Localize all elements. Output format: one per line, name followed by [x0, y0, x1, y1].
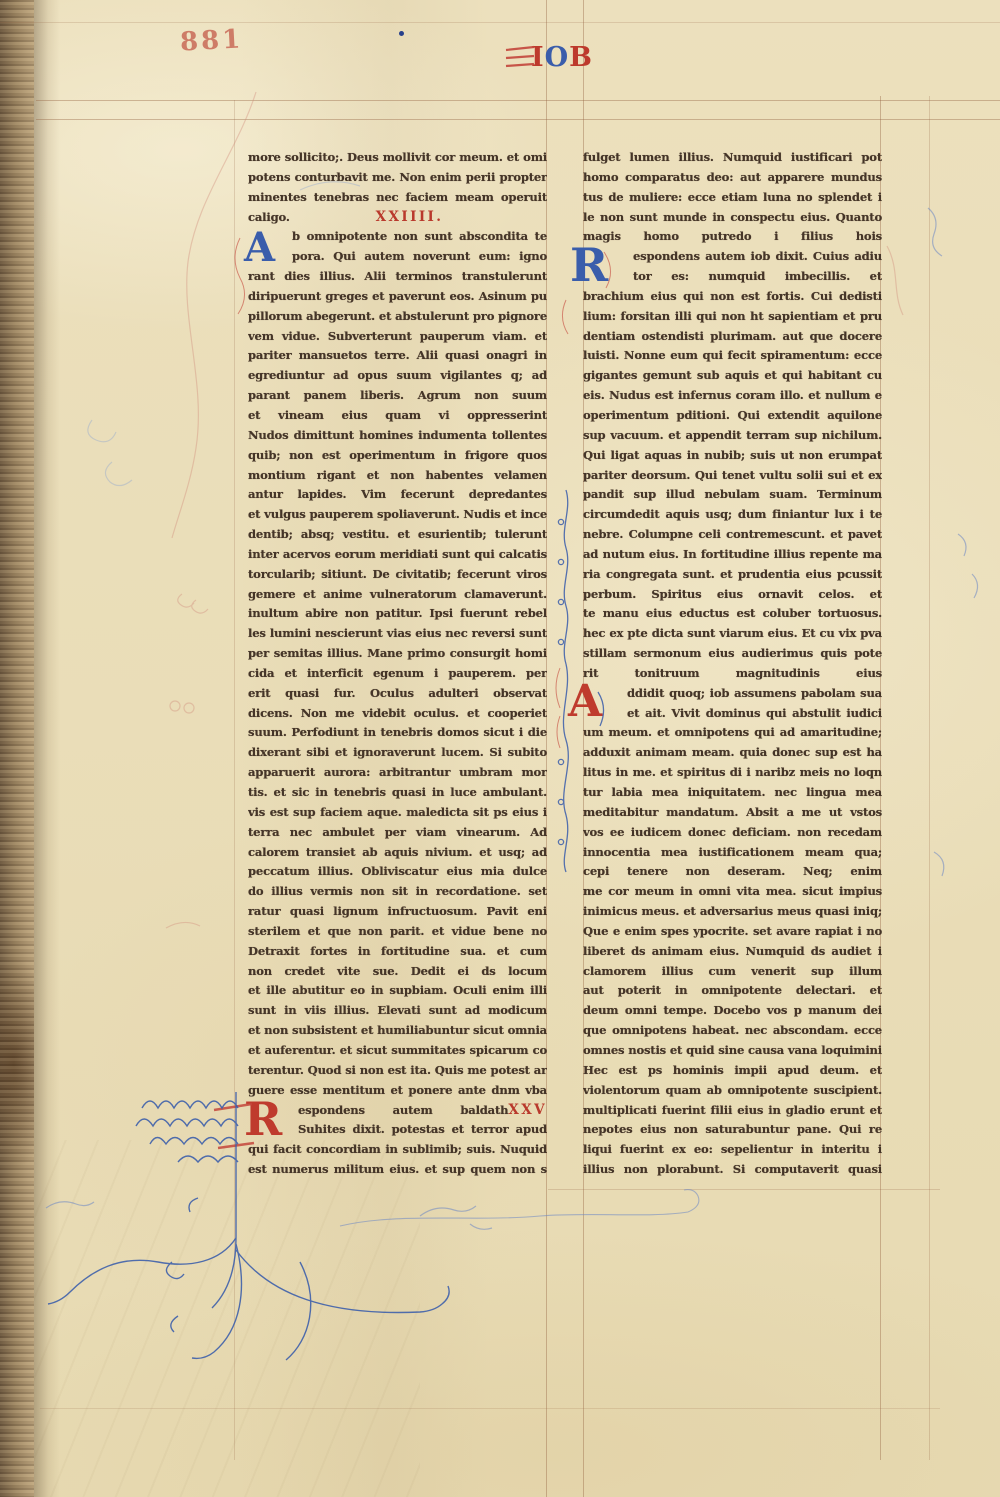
text-line: circumdedit aquis usq; dum finiantur lux… [583, 505, 882, 525]
line-text: dixerant sibi et ignoraverunt lucem. Si … [248, 745, 547, 759]
ruling-line [36, 119, 1000, 120]
line-text: pora. Qui autem noverunt eum: igno [292, 249, 547, 263]
line-text: hec ex pte dicta sunt viarum eius. Et cu… [583, 626, 882, 640]
text-line: nebre. Columpne celi contremescunt. et p… [583, 525, 882, 545]
text-line: sterilem et que non parit. et vidue bene… [248, 922, 547, 942]
line-text: multiplicati fuerint filii eius in gladi… [583, 1103, 882, 1117]
text-column-left: more sollicito;. Deus mollivit cor meum.… [248, 148, 547, 1180]
running-title-letter-b: B [569, 42, 593, 73]
text-line: est numerus militum eius. et sup quem no… [248, 1160, 547, 1180]
line-text: Qui ligat aquas in nubib; suis ut non er… [583, 448, 882, 462]
line-text: liqui fuerint ex eo: sepelientur in inte… [583, 1142, 882, 1160]
text-line: Que e enim spes ypocrite. set avare rapi… [583, 922, 882, 942]
line-text: qui facit concordiam in sublimib; suis. … [248, 1142, 547, 1156]
text-line: minentes tenebras nec faciem meam operui… [248, 188, 547, 208]
text-line: clamorem illius cum venerit sup illum an… [583, 962, 882, 982]
text-line: peccatum illius. Obliviscatur eius mia d… [248, 862, 547, 882]
line-text: Que e enim spes ypocrite. set avare rapi… [583, 924, 882, 938]
line-text: inter acervos eorum meridiati sunt qui c… [248, 547, 547, 561]
line-text: illius non plorabunt. Si computaverit qu… [583, 1162, 882, 1176]
text-line: pandit sup illud nebulam suam. Terminum [583, 485, 882, 505]
running-title: IOB [531, 42, 593, 73]
line-text: dicens. Non me videbit oculus. et cooper… [248, 706, 547, 724]
text-line: et vulgus pauperem spoliaverunt. Nudis e… [248, 505, 547, 525]
text-line: non credet vite sue. Dedit ei ds locum p… [248, 962, 547, 982]
chapter-number-rubric: XXIIII. [376, 209, 444, 225]
line-text: Detraxit fortes in fortitudine sua. et c… [248, 944, 547, 962]
line-text: Nudos dimittunt homines indumenta tollen… [248, 428, 547, 442]
text-line: ddidit quoq; iob assumens pabolam sua [583, 684, 882, 704]
text-line: qui facit concordiam in sublimib; suis. … [248, 1140, 547, 1160]
text-line: le non sunt munde in conspectu eius. Qua… [583, 208, 882, 228]
line-text: cepi tenere non deseram. Neq; enim repre… [583, 864, 882, 882]
line-text: brachium eius qui non est fortis. Cui de… [583, 289, 882, 307]
line-text: gigantes gemunt sub aquis et qui habitan… [583, 368, 882, 382]
line-text: ratur quasi lignum infructuosum. Pavit e… [248, 904, 547, 918]
line-text: Suhites dixit. potestas et terror apud e… [298, 1122, 547, 1140]
text-line: te manu eius eductus est coluber tortuos… [583, 604, 882, 624]
text-line: calorem transiet ab aquis nivium. et usq… [248, 843, 547, 863]
text-line: Qui ligat aquas in nubib; suis ut non er… [583, 446, 882, 466]
text-line: b omnipotente non sunt abscondita te [248, 227, 547, 247]
line-text: espondens autem baldath [298, 1103, 508, 1117]
line-text: antur lapides. Vim fecerunt depredantes … [248, 487, 547, 505]
line-text: que omnipotens habeat. nec abscondam. ec… [583, 1023, 882, 1041]
text-column-right: fulget lumen illius. Numquid iustificari… [583, 148, 882, 1180]
text-line: eis. Nudus est infernus coram illo. et n… [583, 386, 882, 406]
ruling-line [0, 22, 1000, 23]
line-text: calorem transiet ab aquis nivium. et usq… [248, 845, 547, 863]
text-line: diripuerunt greges et paverunt eos. Asin… [248, 287, 547, 307]
text-line: homo comparatus deo: aut apparere mundus… [583, 168, 882, 188]
text-line: perbum. Spiritus eius ornavit celos. et … [583, 585, 882, 605]
line-text: clamorem illius cum venerit sup illum an… [583, 964, 882, 982]
line-text: dentiam ostendisti plurimam. aut que doc… [583, 329, 882, 347]
text-line: antur lapides. Vim fecerunt depredantes … [248, 485, 547, 505]
line-text: torcularib; sitiunt. De civitatib; fecer… [248, 567, 547, 581]
text-line: Suhites dixit. potestas et terror apud e… [248, 1120, 547, 1140]
line-text: te manu eius eductus est coluber tortuos… [583, 606, 882, 624]
line-text: fulget lumen illius. Numquid iustificari… [583, 150, 882, 164]
text-line: tor es: numquid imbecillis. et sustentas [583, 267, 882, 287]
line-text: homo comparatus deo: aut apparere mundus… [583, 170, 882, 188]
line-text: nepotes eius non saturabuntur pane. Qui … [583, 1122, 882, 1136]
line-text: et ait. Vivit dominus qui abstulit iudic… [627, 706, 882, 720]
text-line: caligo.XXIIII. [248, 208, 547, 228]
line-text: inimicus meus. et adversarius meus quasi… [583, 904, 882, 918]
line-text: magis homo putredo i filius hois vermis. [583, 229, 882, 247]
line-text: vem vidue. Subverterunt pauperum viam. e… [248, 329, 547, 347]
text-line: pillorum abegerunt. et abstulerunt pro p… [248, 307, 547, 327]
text-line: rant dies illius. Alii terminos transtul… [248, 267, 547, 287]
text-line: pariter deorsum. Qui tenet vultu solii s… [583, 466, 882, 486]
line-text: les lumini nescierunt vias eius nec reve… [248, 626, 547, 640]
text-line: do illius vermis non sit in recordatione… [248, 882, 547, 902]
line-text: guere esse mentitum et ponere ante dnm v… [248, 1083, 547, 1101]
text-line: stillam sermonum eius audierimus quis po… [583, 644, 882, 664]
text-line: um meum. et omnipotens qui ad amaritudin… [583, 723, 882, 743]
text-line: vem vidue. Subverterunt pauperum viam. e… [248, 327, 547, 347]
text-line: hec ex pte dicta sunt viarum eius. Et cu… [583, 624, 882, 644]
text-line: et non subsistent et humiliabuntur sicut… [248, 1021, 547, 1041]
text-line: Detraxit fortes in fortitudine sua. et c… [248, 942, 547, 962]
text-line: innocentia mea iustificationem meam qua; [583, 843, 882, 863]
text-line: inter acervos eorum meridiati sunt qui c… [248, 545, 547, 565]
text-line: magis homo putredo i filius hois vermis.… [583, 227, 882, 247]
text-line: dentib; absq; vestitu. et esurientib; tu… [248, 525, 547, 545]
text-line: parant panem liberis. Agrum non suum dem… [248, 386, 547, 406]
text-line: et vineam eius quam vi oppresserint vind… [248, 406, 547, 426]
text-line: tis. et sic in tenebris quasi in luce am… [248, 783, 547, 803]
text-line: et ille abutitur eo in supbiam. Oculi en… [248, 981, 547, 1001]
line-text: vis est sup faciem aque. maledicta sit p… [248, 805, 547, 819]
text-line: quib; non est operimentum in frigore quo… [248, 446, 547, 466]
text-line: operimentum pditioni. Qui extendit aquil… [583, 406, 882, 426]
text-line: multiplicati fuerint filii eius in gladi… [583, 1101, 882, 1121]
line-text: ad nutum eius. In fortitudine illius rep… [583, 547, 882, 561]
line-text: stillam sermonum eius audierimus quis po… [583, 646, 882, 660]
ruling-line [929, 96, 930, 1460]
text-line: dentiam ostendisti plurimam. aut que doc… [583, 327, 882, 347]
line-text: adduxit animam meam. quia donec sup est … [583, 745, 882, 759]
line-text: et vineam eius quam vi oppresserint vind… [248, 408, 547, 426]
line-text: minentes tenebras nec faciem meam operui… [248, 190, 547, 204]
line-text: do illius vermis non sit in recordatione… [248, 884, 547, 902]
text-line: adduxit animam meam. quia donec sup est … [583, 743, 882, 763]
line-text: suum. Perfodiunt in tenebris domos sicut… [248, 725, 547, 743]
line-text: Hec est ps hominis impii apud deum. et h… [583, 1063, 882, 1081]
text-line: gigantes gemunt sub aquis et qui habitan… [583, 366, 882, 386]
text-line: tus de muliere: ecce etiam luna no splen… [583, 188, 882, 208]
line-text: est numerus militum eius. et sup quem no… [248, 1162, 547, 1176]
line-text: pillorum abegerunt. et abstulerunt pro p… [248, 309, 547, 327]
text-line: luisti. Nonne eum qui fecit spiramentum:… [583, 346, 882, 366]
line-text: tis. et sic in tenebris quasi in luce am… [248, 785, 547, 803]
text-line: Hec est ps hominis impii apud deum. et h… [583, 1061, 882, 1081]
line-text: luisti. Nonne eum qui fecit spiramentum:… [583, 348, 882, 362]
text-line: illius non plorabunt. Si computaverit qu… [583, 1160, 882, 1180]
line-text: operimentum pditioni. Qui extendit aquil… [583, 408, 882, 422]
line-text: tus de muliere: ecce etiam luna no splen… [583, 190, 882, 208]
line-text: perbum. Spiritus eius ornavit celos. et … [583, 587, 882, 605]
ruling-line [40, 1408, 940, 1409]
line-text: tur labia mea iniquitatem. nec lingua me… [583, 785, 882, 799]
text-line: nepotes eius non saturabuntur pane. Qui … [583, 1120, 882, 1140]
line-text: omnes nostis et quid sine causa vana loq… [583, 1043, 882, 1057]
text-line: sunt in viis illius. Elevati sunt ad mod… [248, 1001, 547, 1021]
book-page-edges [0, 0, 34, 1497]
line-text: me cor meum in omni vita mea. sicut impi… [583, 884, 882, 898]
line-text: ddidit quoq; iob assumens pabolam sua [627, 686, 882, 700]
line-text: sup vacuum. et appendit terram sup nichi… [583, 428, 882, 442]
line-text: lium: forsitan illi qui non ht sapientia… [583, 309, 882, 323]
ruling-line [234, 100, 235, 1460]
text-line: fulget lumen illius. Numquid iustificari… [583, 148, 882, 168]
text-line: more sollicito;. Deus mollivit cor meum.… [248, 148, 547, 168]
drop-cap-chapter-25: R [244, 1096, 282, 1142]
line-text: rant dies illius. Alii terminos transtul… [248, 269, 547, 283]
line-text: dentib; absq; vestitu. et esurientib; tu… [248, 527, 547, 545]
text-line: egrediuntur ad opus suum vigilantes q; a… [248, 366, 547, 386]
text-line: inultum abire non patitur. Ipsi fuerunt … [248, 604, 547, 624]
line-text: espondens autem iob dixit. Cuius adiu [633, 249, 882, 263]
line-text: gemere et anime vulneratorum clamaverunt… [248, 587, 547, 605]
text-line: pora. Qui autem noverunt eum: igno [248, 247, 547, 267]
text-line: litus in me. et spiritus di i naribz mei… [583, 763, 882, 783]
line-text: deum omni tempe. Docebo vos p manum dei [583, 1003, 882, 1017]
text-line: montium rigant et non habentes velamen a… [248, 466, 547, 486]
text-line: ad nutum eius. In fortitudine illius rep… [583, 545, 882, 565]
line-text: potens conturbavit me. Non enim perii pr… [248, 170, 547, 188]
text-line: terentur. Quod si non est ita. Quis me p… [248, 1061, 547, 1081]
line-text: liberet ds animam eius. Numquid ds audie… [583, 944, 882, 958]
line-text: pariter deorsum. Qui tenet vultu solii s… [583, 468, 882, 482]
text-line: ratur quasi lignum infructuosum. Pavit e… [248, 902, 547, 922]
text-line: suum. Perfodiunt in tenebris domos sicut… [248, 723, 547, 743]
text-line: aut poterit in omnipotente delectari. et… [583, 981, 882, 1001]
line-text: le non sunt munde in conspectu eius. Qua… [583, 210, 882, 224]
folio-number: 881 [179, 24, 244, 57]
text-line: vos ee iudicem donec deficiam. non reced… [583, 823, 882, 843]
line-text: circumdedit aquis usq; dum finiantur lux… [583, 507, 882, 521]
line-text: sterilem et que non parit. et vidue bene… [248, 924, 547, 942]
line-text: diripuerunt greges et paverunt eos. Asin… [248, 289, 547, 303]
line-text: meditabitur mandatum. Absit a me ut vsto… [583, 805, 882, 819]
ink-dot [399, 31, 404, 36]
text-line: que omnipotens habeat. nec abscondam. ec… [583, 1021, 882, 1041]
text-line: omnes nostis et quid sine causa vana loq… [583, 1041, 882, 1061]
text-line: cepi tenere non deseram. Neq; enim repre… [583, 862, 882, 882]
text-line: potens conturbavit me. Non enim perii pr… [248, 168, 547, 188]
text-line: pariter mansuetos terre. Alii quasi onag… [248, 346, 547, 366]
ruling-line [548, 1189, 940, 1190]
line-text: montium rigant et non habentes velamen a… [248, 468, 547, 486]
text-line: violentorum quam ab omnipotente suscipie… [583, 1081, 882, 1101]
line-text: aut poterit in omnipotente delectari. et… [583, 983, 882, 1001]
line-text: um meum. et omnipotens qui ad amaritudin… [583, 725, 882, 739]
line-text: terentur. Quod si non est ita. Quis me p… [248, 1063, 547, 1077]
text-line: lium: forsitan illi qui non ht sapientia… [583, 307, 882, 327]
parchment-wrinkles [0, 1140, 420, 1497]
line-text: violentorum quam ab omnipotente suscipie… [583, 1083, 882, 1101]
gutter-shadow [34, 0, 60, 1497]
line-text: terra nec ambulet per viam vinearum. Ad … [248, 825, 547, 843]
line-text: sunt in viis illius. Elevati sunt ad mod… [248, 1003, 547, 1017]
text-line: ria congregata sunt. et prudentia eius p… [583, 565, 882, 585]
text-line: dixerant sibi et ignoraverunt lucem. Si … [248, 743, 547, 763]
line-text: et vulgus pauperem spoliaverunt. Nudis e… [248, 507, 547, 521]
text-line: meditabitur mandatum. Absit a me ut vsto… [583, 803, 882, 823]
text-line: erit quasi fur. Oculus adulteri observat… [248, 684, 547, 704]
text-line: gemere et anime vulneratorum clamaverunt… [248, 585, 547, 605]
line-text: pandit sup illud nebulam suam. Terminum [583, 487, 882, 501]
text-line: espondens autem baldathXXV [248, 1101, 547, 1121]
text-line: espondens autem iob dixit. Cuius adiu [583, 247, 882, 267]
text-line: terra nec ambulet per viam vinearum. Ad … [248, 823, 547, 843]
text-line: deum omni tempe. Docebo vos p manum dei [583, 1001, 882, 1021]
line-text: erit quasi fur. Oculus adulteri observat… [248, 686, 547, 704]
text-line: les lumini nescierunt vias eius nec reve… [248, 624, 547, 644]
line-text: per semitas illius. Mane primo consurgit… [248, 646, 547, 660]
line-text: ria congregata sunt. et prudentia eius p… [583, 567, 882, 585]
text-line: brachium eius qui non est fortis. Cui de… [583, 287, 882, 307]
text-line: apparuerit aurora: arbitrantur umbram mo… [248, 763, 547, 783]
text-line: guere esse mentitum et ponere ante dnm v… [248, 1081, 547, 1101]
line-text: nebre. Columpne celi contremescunt. et p… [583, 527, 882, 541]
line-text: pariter mansuetos terre. Alii quasi onag… [248, 348, 547, 366]
text-line: dicens. Non me videbit oculus. et cooper… [248, 704, 547, 724]
line-text: inultum abire non patitur. Ipsi fuerunt … [248, 606, 547, 620]
chapter-number-rubric: XXV [508, 1102, 547, 1118]
text-line: vis est sup faciem aque. maledicta sit p… [248, 803, 547, 823]
line-text: more sollicito;. Deus mollivit cor meum.… [248, 150, 547, 164]
running-title-letter-i: I [531, 42, 545, 73]
manuscript-page: 881 IOB more sollicito;. Deus mollivit c… [0, 0, 1000, 1497]
text-line: et ait. Vivit dominus qui abstulit iudic… [583, 704, 882, 724]
line-text: parant panem liberis. Agrum non suum dem… [248, 388, 547, 406]
line-text: vos ee iudicem donec deficiam. non reced… [583, 825, 882, 843]
line-text: et auferentur. et sicut summitates spica… [248, 1043, 547, 1057]
text-line: et auferentur. et sicut summitates spica… [248, 1041, 547, 1061]
line-text: litus in me. et spiritus di i naribz mei… [583, 765, 882, 779]
line-text: et ille abutitur eo in supbiam. Oculi en… [248, 983, 547, 997]
drop-cap-chapter-27: A [568, 680, 602, 724]
ruling-line [36, 100, 1000, 101]
line-text: peccatum illius. Obliviscatur eius mia d… [248, 864, 547, 878]
text-line: sup vacuum. et appendit terram sup nichi… [583, 426, 882, 446]
text-line: liberet ds animam eius. Numquid ds audie… [583, 942, 882, 962]
text-line: tur labia mea iniquitatem. nec lingua me… [583, 783, 882, 803]
line-text: non credet vite sue. Dedit ei ds locum p… [248, 964, 547, 982]
text-line: per semitas illius. Mane primo consurgit… [248, 644, 547, 664]
line-text: et non subsistent et humiliabuntur sicut… [248, 1023, 547, 1037]
line-text: tor es: numquid imbecillis. et sustentas [633, 269, 882, 287]
text-line: me cor meum in omni vita mea. sicut impi… [583, 882, 882, 902]
line-text: cida et interficit egenum i pauperem. pe… [248, 666, 547, 684]
line-text: b omnipotente non sunt abscondita te [292, 229, 547, 243]
text-line: rit tonitruum magnitudinis eius intueri.… [583, 664, 882, 684]
text-line: inimicus meus. et adversarius meus quasi… [583, 902, 882, 922]
text-line: torcularib; sitiunt. De civitatib; fecer… [248, 565, 547, 585]
line-text: caligo. [248, 210, 290, 224]
line-text: quib; non est operimentum in frigore quo… [248, 448, 547, 466]
text-line: cida et interficit egenum i pauperem. pe… [248, 664, 547, 684]
running-title-letter-o: O [545, 42, 570, 73]
line-text: rit tonitruum magnitudinis eius intueri. [583, 666, 882, 684]
text-line: liqui fuerint ex eo: sepelientur in inte… [583, 1140, 882, 1160]
line-text: eis. Nudus est infernus coram illo. et n… [583, 388, 882, 402]
line-text: innocentia mea iustificationem meam qua; [583, 845, 882, 859]
text-line: Nudos dimittunt homines indumenta tollen… [248, 426, 547, 446]
line-text: apparuerit aurora: arbitrantur umbram mo… [248, 765, 547, 779]
line-text: egrediuntur ad opus suum vigilantes q; a… [248, 368, 547, 386]
drop-cap-chapter-24: A [244, 228, 275, 268]
drop-cap-chapter-26: R [570, 242, 608, 288]
